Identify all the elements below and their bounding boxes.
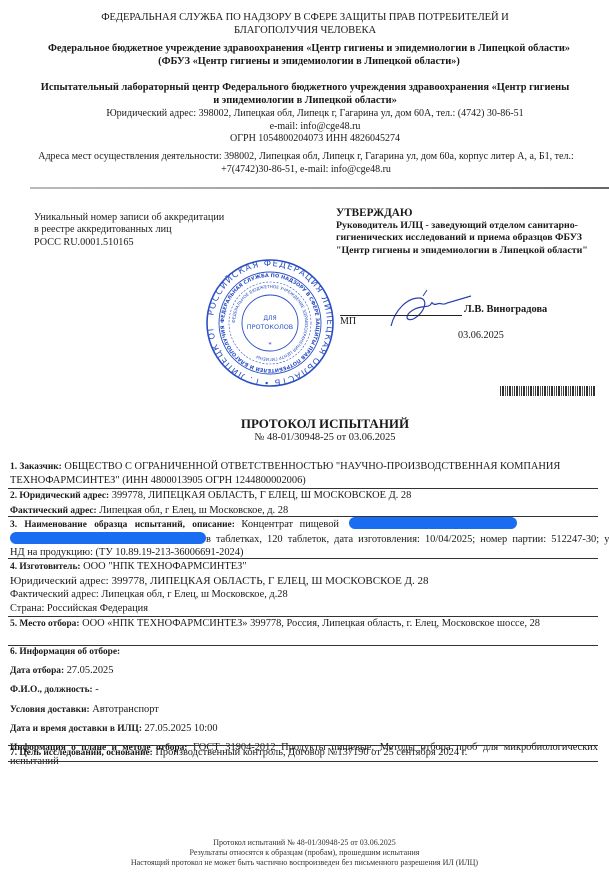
page-footer: Протокол испытаний № 48-01/30948-25 от 0… (0, 838, 609, 869)
accreditation-line2: в реестре аккредитованных лиц (34, 224, 224, 236)
delivery-time-label: Дата и время доставки в ИЛЦ: (10, 724, 142, 734)
legal-address: Юридический адрес: 398002, Липецкая обл,… (30, 108, 600, 121)
sampling-place-value: ООО «НПК ТЕХНОФАРМСИНТЕЗ» 399778, Россия… (80, 618, 541, 629)
manufacturer-legal-address: Юридический адрес: 399778, ЛИПЕЦКАЯ ОБЛА… (10, 575, 598, 589)
accreditation-block: Уникальный номер записи об аккредитации … (34, 212, 224, 249)
customer-label: 1. Заказчик: (10, 462, 62, 472)
section-legal-address: 2. Юридический адрес: 399778, ЛИПЕЦКАЯ О… (10, 489, 598, 518)
sampling-place-label: 5. Место отбора: (10, 619, 80, 629)
sampling-date-value: 27.05.2025 (64, 665, 113, 676)
svg-text:*: * (268, 341, 272, 349)
approval-title: УТВЕРЖДАЮ (336, 206, 596, 220)
institution-name: Федеральное бюджетное учреждение здравоо… (14, 42, 604, 68)
accreditation-line1: Уникальный номер записи об аккредитации (34, 212, 224, 224)
sampling-info-label: 6. Информация об отборе: (10, 646, 598, 659)
signature-icon (385, 288, 475, 328)
manufacturer-label: 4. Изготовитель: (10, 562, 81, 572)
section-manufacturer: 4. Изготовитель: ООО "НПК ТЕХНОФАРМСИНТЕ… (10, 560, 598, 615)
redacted-block (10, 532, 206, 544)
divider (8, 558, 598, 559)
header-divider (30, 187, 609, 189)
sample-value-start: Концентрат пищевой (235, 519, 346, 530)
legal-address-label: 2. Юридический адрес: (10, 491, 109, 501)
contact-block: Юридический адрес: 398002, Липецкая обл,… (30, 108, 600, 146)
svg-text:ДЛЯ: ДЛЯ (263, 315, 276, 322)
footer-reproduction-note: Настоящий протокол не может быть частичн… (0, 858, 609, 868)
delivery-conditions-label: Условия доставки: (10, 705, 90, 715)
manufacturer-actual-address: Фактический адрес: Липецкая обл, г Елец,… (10, 588, 598, 602)
section-purpose: 7. Цель исследований, основание: Произво… (10, 746, 598, 760)
institution-full: Федеральное бюджетное учреждение здравоо… (14, 42, 604, 55)
actual-address-value: Липецкая обл, г Елец, ш Московское, д. 2… (97, 505, 289, 516)
barcode-icon (500, 386, 596, 396)
delivery-time-value: 27.05.2025 10:00 (142, 723, 218, 734)
person-label: Ф.И.О., должность: (10, 685, 93, 695)
sample-label: 3. Наименование образца испытаний, описа… (10, 520, 235, 530)
manufacturer-country: Страна: Российская Федерация (10, 602, 598, 616)
approval-role: Руководитель ИЛЦ - заведующий отделом са… (336, 220, 596, 257)
divider (8, 761, 598, 762)
sample-value-rest: в таблетках, 120 таблеток, дата изготовл… (206, 534, 609, 545)
footer-protocol-ref: Протокол испытаний № 48-01/30948-25 от 0… (0, 838, 609, 848)
accreditation-number: РОСС RU.0001.510165 (34, 237, 224, 249)
activity-address: Адреса мест осуществления деятельности: … (18, 150, 594, 176)
signature-line (340, 315, 462, 316)
email: e-mail: info@cge48.ru (30, 121, 600, 134)
manufacturer-value: ООО "НПК ТЕХНОФАРМСИНТЕЗ" (81, 561, 247, 572)
protocol-title: ПРОТОКОЛ ИСПЫТАНИЙ (120, 416, 530, 432)
official-stamp-icon: РОССИЙСКАЯ ФЕДЕРАЦИЯ ЛИПЕЦКАЯ ОБЛАСТЬ • … (204, 257, 336, 389)
protocol-number: № 48-01/30948-25 от 03.06.2025 (120, 431, 530, 444)
lab-center-name: Испытательный лабораторный центр Федерал… (40, 81, 570, 107)
sampling-date-label: Дата отбора: (10, 666, 64, 676)
section-customer: 1. Заказчик: ОБЩЕСТВО С ОГРАНИЧЕННОЙ ОТВ… (10, 460, 598, 487)
svg-text:ПРОТОКОЛОВ: ПРОТОКОЛОВ (247, 323, 293, 331)
person-value: - (93, 684, 99, 695)
delivery-conditions-value: Автотранспорт (90, 704, 159, 715)
actual-address-label: Фактический адрес: (10, 506, 97, 516)
approval-date: 03.06.2025 (458, 330, 504, 341)
footer-results-note: Результаты относятся к образцам (пробам)… (0, 848, 609, 858)
approval-block: УТВЕРЖДАЮ Руководитель ИЛЦ - заведующий … (336, 206, 596, 257)
registration-ids: ОГРН 1054800204073 ИНН 4826045274 (30, 133, 600, 146)
customer-value: ОБЩЕСТВО С ОГРАНИЧЕННОЙ ОТВЕТСТВЕННОСТЬЮ… (10, 461, 560, 486)
section-sample: 3. Наименование образца испытаний, описа… (10, 517, 598, 560)
section-sampling-place: 5. Место отбора: ООО «НПК ТЕХНОФАРМСИНТЕ… (10, 617, 598, 631)
purpose-value: Производственный контроль, Договор №1371… (153, 747, 468, 758)
institution-short: (ФБУЗ «Центр гигиены и эпидемиологии в Л… (14, 55, 604, 68)
agency-name: ФЕДЕРАЛЬНАЯ СЛУЖБА ПО НАДЗОРУ В СФЕРЕ ЗА… (60, 11, 550, 37)
signer-name: Л.В. Виноградова (464, 304, 547, 315)
redacted-block (349, 517, 517, 529)
purpose-label: 7. Цель исследований, основание: (10, 748, 153, 758)
legal-address-value: 399778, ЛИПЕЦКАЯ ОБЛАСТЬ, Г ЕЛЕЦ, Ш МОСК… (109, 490, 411, 501)
stamp-mark: МП (340, 316, 356, 327)
